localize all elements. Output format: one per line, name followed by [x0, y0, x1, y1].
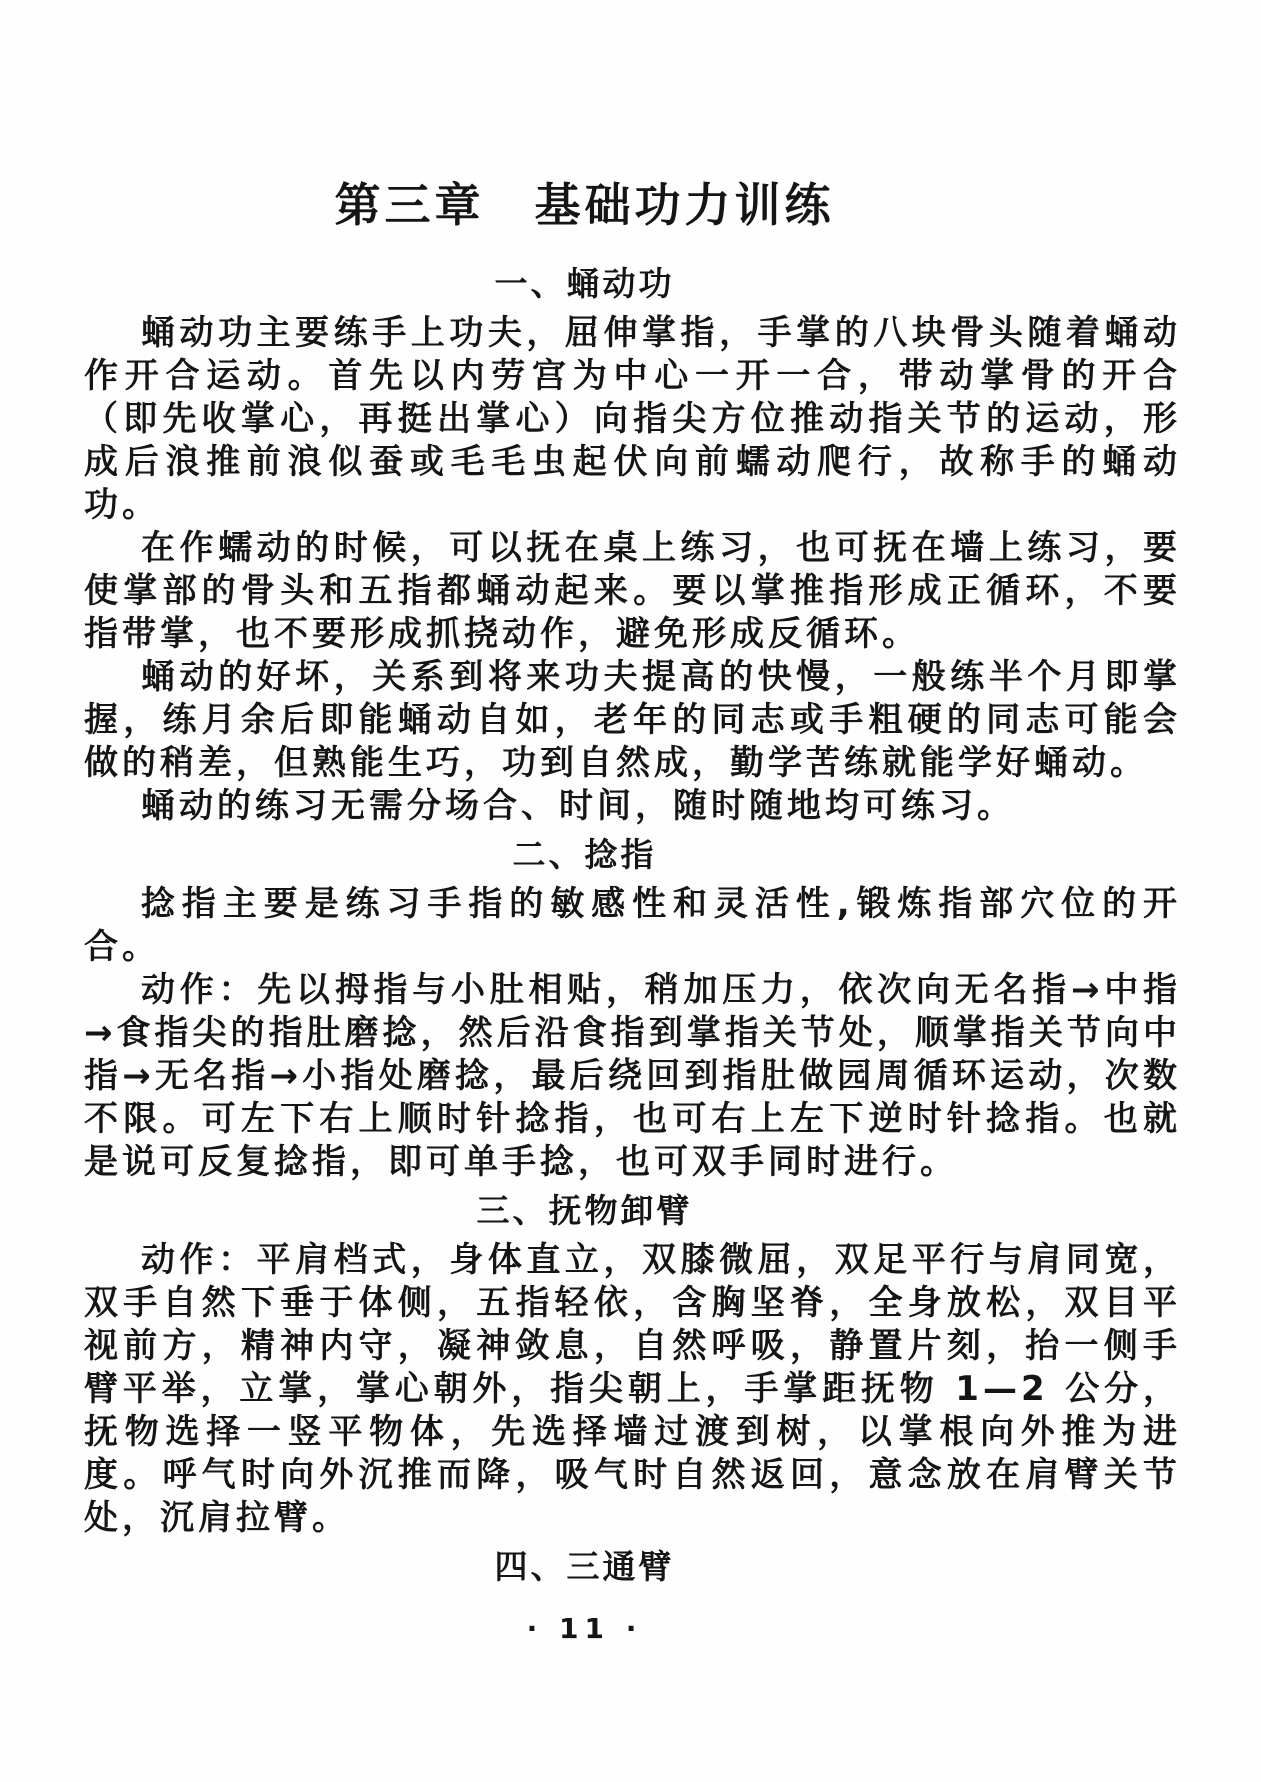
paragraph: 捻指主要是练习手指的敏感性和灵活性,锻炼指部穴位的开合。: [84, 883, 1181, 969]
page-content: 第三章 基础功力训练 一、蛹动功 蛹动功主要练手上功夫，屈伸掌指，手掌的八块骨头…: [0, 0, 1261, 1645]
paragraph: 动作：平肩档式，身体直立，双膝微屈，双足平行与肩同宽，双手自然下垂于体侧，五指轻…: [84, 1239, 1181, 1540]
scanned-book-page: 第三章 基础功力训练 一、蛹动功 蛹动功主要练手上功夫，屈伸掌指，手掌的八块骨头…: [0, 0, 1261, 1782]
section-heading-santongbi: 四、三通臂: [36, 1544, 1133, 1590]
paragraph: 蛹动的练习无需分场合、时间，随时随地均可练习。: [84, 785, 1181, 828]
section-heading-nianzhi: 二、捻指: [36, 832, 1133, 878]
section-heading-fuwu-xiebi: 三、抚物卸臂: [36, 1188, 1133, 1234]
paragraph: 在作蠕动的时候，可以抚在桌上练习，也可抚在墙上练习，要使掌部的骨头和五指都蛹动起…: [84, 527, 1181, 656]
section-heading-yongdonggong: 一、蛹动功: [36, 261, 1133, 307]
paragraph: 蛹动的好坏，关系到将来功夫提高的快慢，一般练半个月即掌握，练月余后即能蛹动自如，…: [84, 656, 1181, 785]
page-number: · 11 ·: [36, 1612, 1133, 1645]
paragraph: 动作：先以拇指与小肚相贴，稍加压力，依次向无名指→中指→食指尖的指肚磨捻，然后沿…: [84, 969, 1181, 1184]
chapter-title: 第三章 基础功力训练: [36, 178, 1133, 233]
paragraph: 蛹动功主要练手上功夫，屈伸掌指，手掌的八块骨头随着蛹动作开合运动。首先以内劳宫为…: [84, 312, 1181, 527]
